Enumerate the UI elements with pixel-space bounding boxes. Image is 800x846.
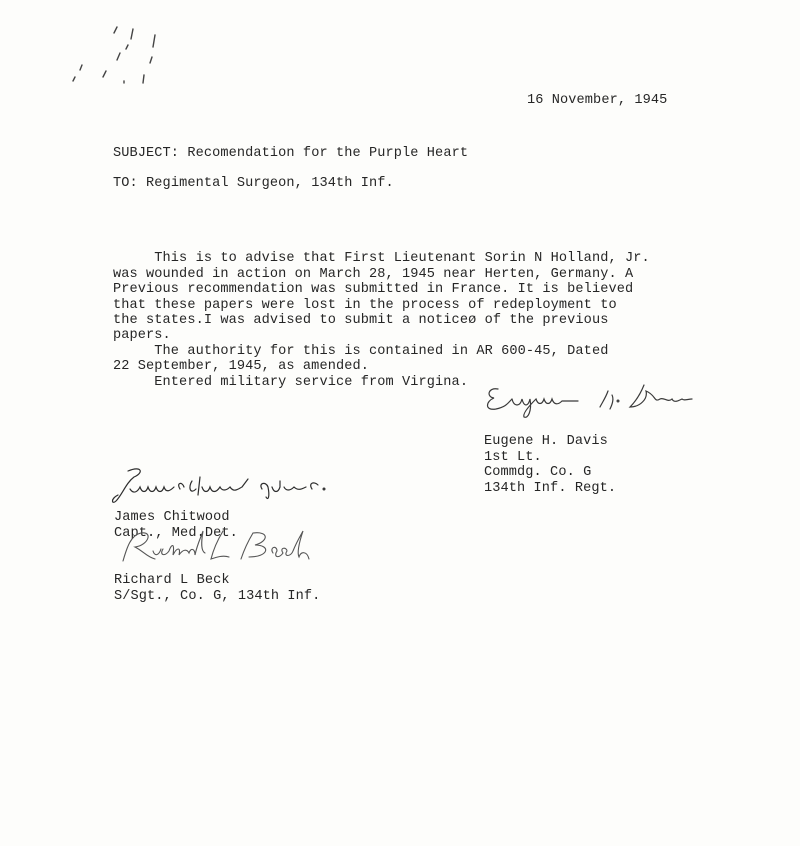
witness-name: Richard L Beck [114, 573, 320, 588]
to-label: TO: [113, 176, 138, 191]
subject-text: Recomendation for the Purple Heart [187, 146, 468, 161]
body-line: The authority for this is contained in A… [113, 344, 650, 359]
witness-title: S/Sgt., Co. G, 134th Inf. [114, 589, 320, 604]
subject-label: SUBJECT: [113, 146, 179, 161]
pen-marks [60, 15, 180, 105]
witness-name: James Chitwood [114, 510, 238, 525]
recipient-line: TO: Regimental Surgeon, 134th Inf. [113, 176, 394, 191]
signatory-name: Eugene H. Davis [484, 434, 616, 449]
recipient-text: Regimental Surgeon, 134th Inf. [146, 176, 394, 191]
letter-body: This is to advise that First Lieutenant … [113, 236, 650, 390]
body-line: was wounded in action on March 28, 1945 … [113, 267, 650, 282]
signatory-unit: 134th Inf. Regt. [484, 481, 616, 496]
letter-date: 16 November, 1945 [527, 93, 667, 108]
body-line: Previous recommendation was submitted in… [113, 282, 650, 297]
signatory-block: Eugene H. Davis1st Lt.Commdg. Co. G134th… [484, 419, 616, 496]
body-line: papers. [113, 328, 650, 343]
body-line: that these papers were lost in the proce… [113, 298, 650, 313]
signatory-rank: 1st Lt. [484, 450, 616, 465]
body-line: the states.I was advised to submit a not… [113, 313, 650, 328]
body-line: 22 September, 1945, as amended. [113, 359, 650, 374]
signatory-position: Commdg. Co. G [484, 465, 616, 480]
body-line: This is to advise that First Lieutenant … [113, 251, 650, 266]
witness-beck-block: Richard L BeckS/Sgt., Co. G, 134th Inf. [114, 558, 320, 604]
subject-line: SUBJECT: Recomendation for the Purple He… [113, 146, 468, 161]
